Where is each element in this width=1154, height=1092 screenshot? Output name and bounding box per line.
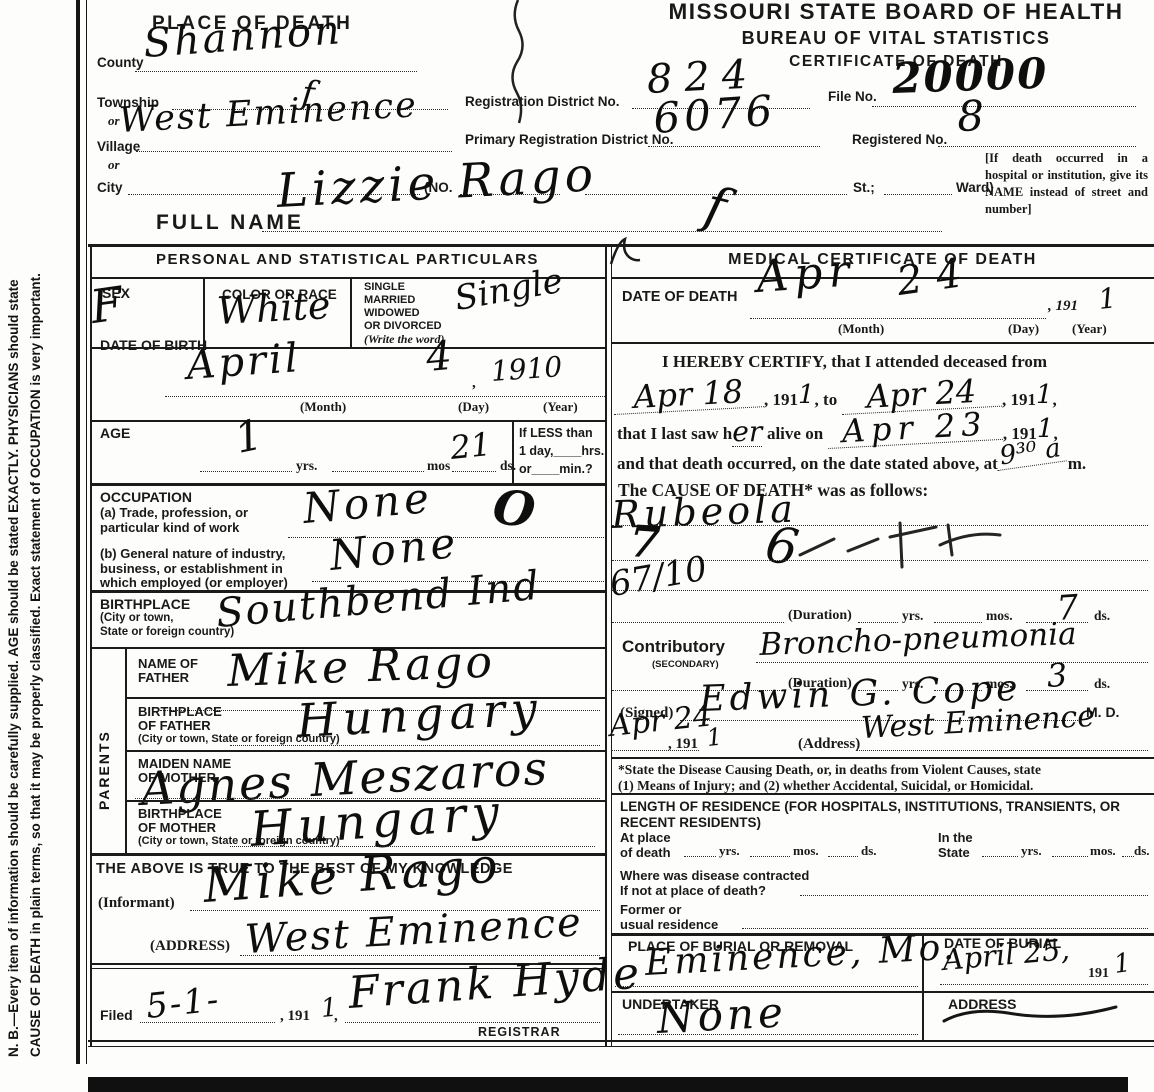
birthplace-sublabel: (City or town, State or foreign country) (100, 612, 234, 639)
age-less-note: If LESS than 1 day,____hrs. or____min.? (519, 424, 604, 478)
attended-from-handwriting: Apr 18 (612, 374, 764, 415)
scan-bottom-bar (88, 1077, 1128, 1092)
page-bottom-rule-heavy (88, 1040, 1154, 1042)
age-yrs-label: yrs. (296, 458, 317, 474)
registrar-line (345, 1022, 600, 1023)
last-saw-printed: that I last saw h (617, 424, 732, 443)
registration-district-label: Registration District No. (465, 95, 620, 110)
contrib-duration-ds-label: ds. (1094, 676, 1110, 692)
burial-year-digit-handwriting: 1 (1112, 950, 1132, 978)
file-no-line (872, 106, 1136, 107)
village-fill-line (136, 151, 452, 152)
margin-rule-heavy (76, 0, 80, 1064)
city-label: City (97, 181, 123, 196)
column-divider-thin (611, 244, 612, 1046)
signed-year-digit-handwriting: 1 (705, 725, 723, 750)
dod-day-handwriting: 24 (894, 251, 978, 302)
state-ds-line (1122, 856, 1134, 857)
res-ds-label: ds. (861, 844, 877, 859)
m-label: m. (1068, 454, 1086, 473)
contrib-duration-days-handwriting: 3 (1046, 659, 1069, 692)
state-yrs-line (982, 856, 1018, 857)
county-fill-line (135, 71, 417, 72)
dod-year-sublabel: (Year) (1072, 322, 1107, 337)
last-seen-handwriting: Apr 23 (826, 407, 1002, 449)
father-birthplace-label: BIRTHPLACE OF FATHER (138, 705, 222, 733)
page-bottom-rule-thin (88, 1046, 1154, 1047)
dod-day-sublabel: (Day) (1008, 322, 1039, 337)
occupation-ink-circle: O (490, 482, 538, 535)
father-name-label: NAME OF FATHER (138, 657, 198, 685)
informant-label: (Informant) (98, 895, 175, 912)
occupation-a-label: (a) Trade, profession, or particular kin… (100, 505, 248, 535)
age-yrs-line (200, 471, 292, 472)
occurred-printed: and that death occurred, on the date sta… (617, 454, 998, 473)
state-mos-label: mos. (1090, 844, 1116, 859)
cause-footnote: *State the Disease Causing Death, or, in… (618, 762, 1150, 793)
filed-date-line (140, 1022, 275, 1023)
footnote-bottom-rule (611, 793, 1154, 795)
mother-birthplace-label: BIRTHPLACE OF MOTHER (138, 807, 222, 835)
res-mos-label: mos. (793, 844, 819, 859)
color-marital-divider (350, 278, 352, 347)
undertaker-value-handwriting: None (656, 991, 788, 1040)
registered-no-line (938, 146, 1136, 147)
dob-fill-line (165, 396, 605, 397)
burial-place-line (615, 986, 918, 987)
age-ds-line (452, 471, 496, 472)
date-of-death-label: DATE OF DEATH (622, 290, 737, 306)
state-mos-line (1052, 856, 1088, 857)
full-name-value-handwriting: Lizzie Rago (276, 151, 598, 215)
certify-line-3: that I last saw her alive on Apr 23, 191… (617, 412, 1154, 445)
left-column-border (90, 244, 92, 1046)
primary-registration-value: 6076 (652, 90, 778, 140)
column-divider-heavy (605, 244, 607, 1046)
or-label-2: or (108, 158, 120, 173)
age-days-handwriting: 21 (449, 428, 493, 464)
registered-no-label: Registered No. (852, 133, 947, 148)
dob-month-handwriting: April (185, 338, 302, 386)
county-label: County (97, 56, 144, 71)
res-ds-line (828, 856, 858, 857)
signed-address-label: (Address) (798, 736, 860, 753)
ward-fill-line (884, 194, 952, 195)
to-year-printed: , 191 (1002, 390, 1036, 409)
certify-line-2: Apr 18, 1911, to Apr 24, 1911, (614, 378, 1152, 411)
at-place-label: At place of death (620, 830, 671, 860)
dob-row-rule (90, 420, 605, 422)
st-label: St.; (853, 181, 875, 196)
medical-title-rule (611, 277, 1154, 279)
cause-duration-ds-label: ds. (1094, 608, 1110, 624)
certify-intro: I HEREBY CERTIFY, that I attended deceas… (662, 352, 1047, 372)
registrar-label: REGISTRAR (478, 1026, 561, 1040)
filed-label: Filed (100, 1008, 133, 1023)
color-race-value-handwriting: White (216, 286, 331, 330)
registered-no-value: 8 (957, 95, 985, 138)
full-name-line (262, 231, 942, 232)
address-ink-flourish (938, 1005, 1118, 1027)
contributory-label: Contributory (622, 638, 725, 657)
age-mos-line (332, 471, 424, 472)
occupation-label: OCCUPATION (100, 490, 192, 505)
dod-row-rule (611, 342, 1154, 344)
contrib-duration-ds-line (1026, 690, 1088, 691)
in-state-label: In the State (938, 830, 973, 860)
signed-year-printed: , 191 (668, 736, 698, 753)
state-yrs-label: yrs. (1021, 844, 1042, 859)
parents-vertical-label: PARENTS (96, 698, 112, 810)
death-time-handwriting: 9³⁰ a (993, 435, 1066, 471)
margin-note-line-1: N. B.—Every item of information should b… (6, 12, 26, 1057)
burial-date-handwriting: April 25, (941, 935, 1070, 975)
comma-1: , (1053, 390, 1057, 409)
margin-note-line-2: CAUSE OF DEATH in plain terms, so that i… (28, 12, 48, 1057)
medical-section-title: MEDICAL CERTIFICATE OF DEATH (611, 251, 1154, 269)
from-year-printed: , 191 (764, 390, 798, 409)
contributory-line (756, 662, 1148, 663)
secondary-label: (SECONDARY) (652, 660, 719, 670)
burial-date-line (940, 984, 1148, 985)
former-residence-label: Former or usual residence (620, 902, 718, 932)
age-less-divider (512, 420, 514, 483)
res-mos-line (750, 856, 790, 857)
disease-contracted-question: Where was disease contracted If not at p… (620, 868, 809, 898)
dob-day-sublabel: (Day) (458, 400, 489, 415)
registrar-signature-handwriting: Frank Hyde (347, 952, 644, 1016)
contributory-value-handwriting: Broncho-pneumonia (759, 619, 1077, 661)
signed-bottom-rule (611, 757, 1154, 759)
informant-value-handwriting: Mike Rago (202, 841, 503, 910)
occupation-b-label: (b) General nature of industry, business… (100, 547, 288, 591)
board-title: MISSOURI STATE BOARD OF HEALTH (640, 0, 1152, 25)
dob-year-handwriting: 1910 (490, 353, 563, 386)
dob-day-handwriting: 4 (425, 336, 454, 378)
dod-year-digit-handwriting: 1 (1097, 284, 1118, 314)
bureau-title: BUREAU OF VITAL STATISTICS (640, 29, 1152, 49)
alive-on-printed: alive on (767, 424, 823, 443)
from-year-digit: 1 (798, 382, 815, 408)
informant-address-handwriting: West Eminence (244, 902, 584, 960)
filed-comma: , (334, 1008, 338, 1025)
marital-value-handwriting: Single (452, 264, 565, 316)
dob-comma: , (472, 375, 476, 392)
full-name-flourish: f (700, 180, 731, 235)
cause-duration-lead-line (612, 622, 784, 623)
age-mos-label: mos (427, 458, 450, 474)
dod-month-sublabel: (Month) (838, 322, 884, 337)
primary-registration-line (648, 146, 820, 147)
primary-registration-label: Primary Registration District No. (465, 133, 674, 148)
file-no-label: File No. (828, 90, 877, 105)
res-yrs-label: yrs. (719, 844, 740, 859)
father-birthplace-handwriting: Hungary (296, 685, 544, 744)
village-label: Village (97, 140, 140, 155)
informant-address-label: (ADDRESS) (150, 938, 230, 955)
disease-contracted-line (800, 895, 1148, 896)
dod-year-printed: , 191 (1048, 298, 1078, 315)
burial-year-printed: 191 (1088, 966, 1109, 982)
undertaker-line (618, 1034, 918, 1035)
residence-title: LENGTH OF RESIDENCE (FOR HOSPITALS, INST… (620, 799, 1148, 830)
occupation-b-value-handwriting: None (328, 522, 462, 577)
marital-status-label: SINGLE MARRIED WIDOWED OR DIVORCED (364, 281, 442, 333)
village-value-handwriting: West Eminence (118, 88, 418, 139)
filed-date-handwriting: 5-1- (144, 982, 221, 1024)
age-label: AGE (100, 426, 130, 441)
last-saw-pronoun-handwriting: er (732, 418, 762, 447)
res-yrs-line (684, 856, 716, 857)
dob-year-sublabel: (Year) (543, 400, 578, 415)
dod-month-handwriting: Apr (755, 249, 857, 300)
dod-fill-line (750, 318, 1046, 319)
margin-rule-thin (86, 0, 87, 1064)
hospital-note: [If death occurred in a hospital or inst… (985, 150, 1148, 218)
signed-address-line (856, 750, 1148, 751)
birthplace-label: BIRTHPLACE (100, 597, 190, 612)
pencil-scribbles (790, 515, 1010, 585)
cause-duration-label: (Duration) (788, 608, 852, 624)
to-label: , to (815, 390, 838, 409)
to-year-digit: 1 (1036, 382, 1053, 408)
sex-value-handwriting: F (88, 280, 126, 330)
county-value-handwriting: Shannon (142, 10, 344, 64)
dob-month-sublabel: (Month) (300, 400, 346, 415)
certify-line-4: and that death occurred, on the date sta… (617, 448, 1154, 475)
filed-year-printed: , 191 (280, 1008, 310, 1025)
death-certificate-scan: N. B.—Every item of information should b… (0, 0, 1154, 1092)
state-ds-label: ds. (1134, 844, 1150, 859)
